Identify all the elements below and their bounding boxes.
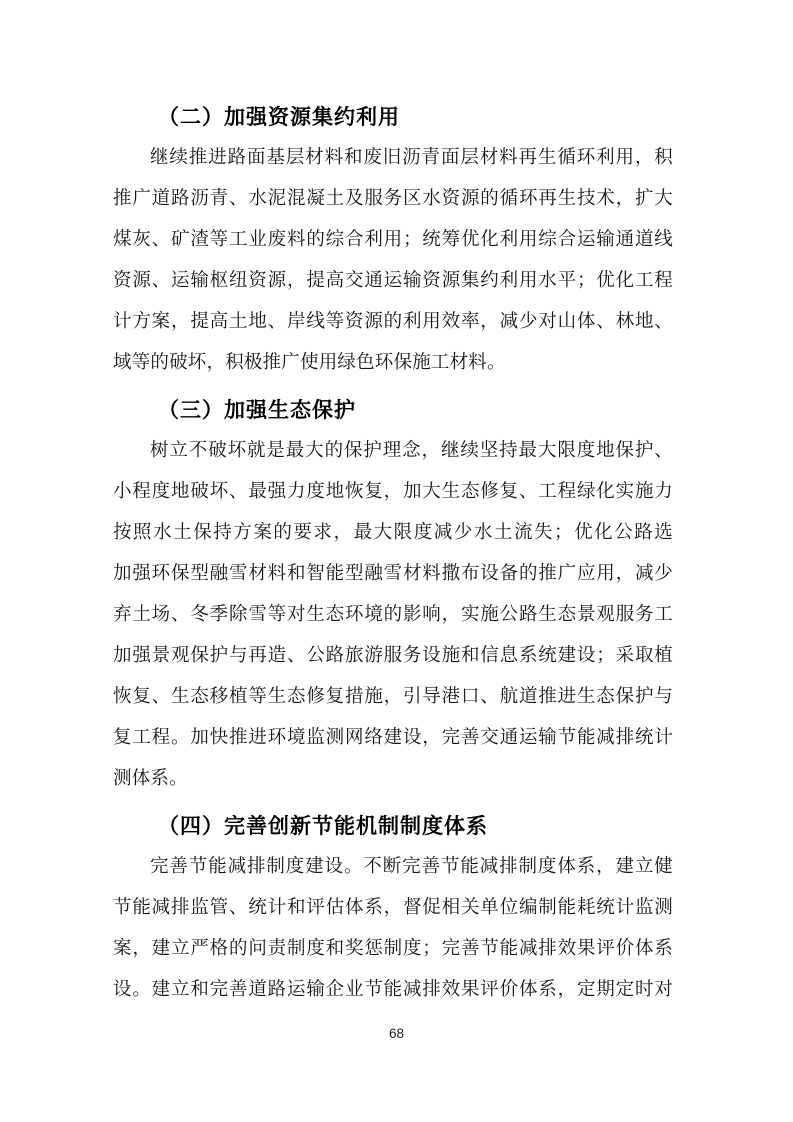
paragraph-line: 案，建立严格的问责制度和奖惩制度；完善节能减排效果评价体系建 xyxy=(113,929,673,970)
paragraph-line: 节能减排监管、统计和评估体系，督促相关单位编制能耗统计监测方 xyxy=(113,888,673,929)
paragraph-line: 继续推进路面基层材料和废旧沥青面层材料再生循环利用，积极 xyxy=(113,138,673,179)
paragraph-line: 设。建立和完善道路运输企业节能减排效果评价体系，定期定时对全 xyxy=(113,970,673,1011)
paragraph-line: 推广道路沥青、水泥混凝土及服务区水资源的循环再生技术，扩大粉 xyxy=(113,179,673,220)
page-number: 68 xyxy=(0,1026,793,1041)
paragraph-line: 按照水土保持方案的要求，最大限度减少水土流失；优化公路选线， xyxy=(113,513,673,554)
paragraph-line: 测体系。 xyxy=(113,759,673,800)
paragraph-line: 树立不破坏就是最大的保护理念，继续坚持最大限度地保护、最 xyxy=(113,431,673,472)
paragraph-line: 计方案，提高土地、岸线等资源的利用效率，减少对山体、林地、水 xyxy=(113,302,673,343)
paragraph-resource-utilization: 继续推进路面基层材料和废旧沥青面层材料再生循环利用，积极 推广道路沥青、水泥混凝… xyxy=(113,138,673,384)
paragraph-line: 资源、运输枢纽资源，提高交通运输资源集约利用水平；优化工程设 xyxy=(113,261,673,302)
paragraph-ecological-protection: 树立不破坏就是最大的保护理念，继续坚持最大限度地保护、最 小程度地破坏、最强力度… xyxy=(113,431,673,800)
paragraph-line: 弃土场、冬季除雪等对生态环境的影响，实施公路生态景观服务工程， xyxy=(113,595,673,636)
paragraph-line: 完善节能减排制度建设。不断完善节能减排制度体系，建立健全 xyxy=(113,847,673,888)
paragraph-energy-saving-system: 完善节能减排制度建设。不断完善节能减排制度体系，建立健全 节能减排监管、统计和评… xyxy=(113,847,673,1011)
document-page: （二）加强资源集约利用 继续推进路面基层材料和废旧沥青面层材料再生循环利用，积极… xyxy=(0,0,793,1122)
page-content: （二）加强资源集约利用 继续推进路面基层材料和废旧沥青面层材料再生循环利用，积极… xyxy=(113,97,673,1011)
section-heading-4: （四）完善创新节能机制制度体系 xyxy=(113,806,673,847)
paragraph-line: 域等的破坏，积极推广使用绿色环保施工材料。 xyxy=(113,343,673,384)
paragraph-line: 煤灰、矿渣等工业废料的综合利用；统筹优化利用综合运输通道线位 xyxy=(113,220,673,261)
paragraph-line: 小程度地破坏、最强力度地恢复，加大生态修复、工程绿化实施力度， xyxy=(113,472,673,513)
paragraph-line: 加强景观保护与再造、公路旅游服务设施和信息系统建设；采取植被 xyxy=(113,636,673,677)
paragraph-line: 恢复、生态移植等生态修复措施，引导港口、航道推进生态保护与修 xyxy=(113,677,673,718)
section-heading-2: （二）加强资源集约利用 xyxy=(113,97,673,138)
paragraph-line: 加强环保型融雪材料和智能型融雪材料撒布设备的推广应用，减少放 xyxy=(113,554,673,595)
paragraph-line: 复工程。加快推进环境监测网络建设，完善交通运输节能减排统计监 xyxy=(113,718,673,759)
section-heading-3: （三）加强生态保护 xyxy=(113,390,673,431)
